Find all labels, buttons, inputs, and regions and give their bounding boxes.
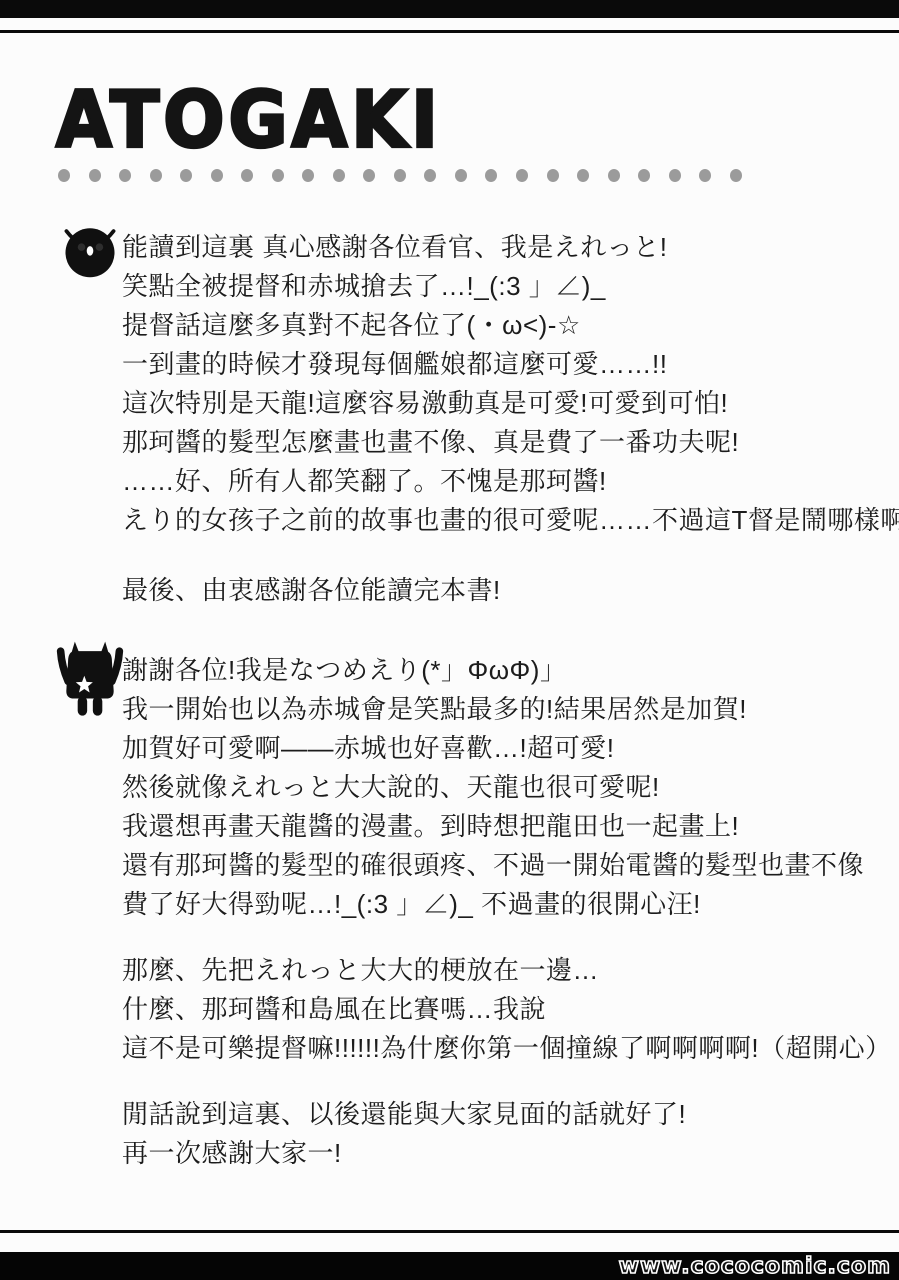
text-line: えり的女孩子之前的故事也畫的很可愛呢……不過這T督是鬧哪樣啊!!（開心 — [122, 501, 882, 540]
dot — [638, 169, 650, 182]
dot — [577, 169, 589, 182]
text-line: 費了好大得勁呢…!_(:3 」∠)_ 不過畫的很開心汪! — [122, 885, 882, 924]
text-line: 再一次感謝大家一! — [122, 1134, 882, 1173]
dot — [58, 169, 70, 182]
text-line: 最後、由衷感謝各位能讀完本書! — [122, 571, 882, 610]
text-line: 能讀到這裏 真心感謝各位看官、我是えれっと! — [122, 228, 882, 267]
text-line: 這不是可樂提督嘛!!!!!!為什麼你第一個撞線了啊啊啊啊!（超開心） — [122, 1029, 882, 1068]
text-line: 加賀好可愛啊——赤城也好喜歡…!超可愛! — [122, 729, 882, 768]
dot — [455, 169, 467, 182]
text-line: 什麼、那珂醬和島風在比賽嗎…我說 — [122, 990, 882, 1029]
dot — [363, 169, 375, 182]
text-line: 還有那珂醬的髮型的確很頭疼、不過一開始電醬的髮型也畫不像 — [122, 846, 882, 885]
text-line: ……好、所有人都笑翻了。不愧是那珂醬! — [122, 462, 882, 501]
dot — [547, 169, 559, 182]
dot — [669, 169, 681, 182]
text-line: 這次特別是天龍!這麼容易激動真是可愛!可愛到可怕! — [122, 384, 882, 423]
bottom-black-bar: www.cococomic.com — [0, 1252, 899, 1280]
text-line: 我還想再畫天龍醬的漫畫。到時想把龍田也一起畫上! — [122, 807, 882, 846]
text-line: 閒話說到這裏、以後還能與大家見面的話就好了! — [122, 1095, 882, 1134]
bottom-divider-line — [0, 1230, 899, 1233]
dot — [180, 169, 192, 182]
dot — [119, 169, 131, 182]
dot — [608, 169, 620, 182]
page-title: ATOGAKI — [56, 74, 442, 165]
text-line: 提督話這麼多真對不起各位了(・ω<)-☆ — [122, 306, 882, 345]
dot — [89, 169, 101, 182]
paragraph: 謝謝各位!我是なつめえり(*」ΦωΦ)」 我一開始也以為赤城會是笑點最多的!結果… — [122, 651, 882, 924]
round-critter-icon — [57, 216, 123, 282]
dot — [516, 169, 528, 182]
dot — [730, 169, 742, 182]
top-divider-line — [0, 30, 899, 33]
afterword-section-natsumeeri: 謝謝各位!我是なつめえり(*」ΦωΦ)」 我一開始也以為赤城會是笑點最多的!結果… — [122, 651, 882, 1173]
text-line: 一到畫的時候才發現每個艦娘都這麼可愛……!! — [122, 345, 882, 384]
text-line: 那麼、先把えれっと大大的梗放在一邊… — [122, 951, 882, 990]
dot — [150, 169, 162, 182]
paragraph: 能讀到這裏 真心感謝各位看官、我是えれっと! 笑點全被提督和赤城搶去了…!_(:… — [122, 228, 882, 540]
dot — [424, 169, 436, 182]
dot — [241, 169, 253, 182]
text-line: 然後就像えれっと大大說的、天龍也很可愛呢! — [122, 768, 882, 807]
top-black-bar — [0, 0, 899, 18]
text-line: 笑點全被提督和赤城搶去了…!_(:3 」∠)_ — [122, 267, 882, 306]
cat-critter-icon — [52, 636, 128, 726]
dot — [394, 169, 406, 182]
paragraph: 那麼、先把えれっと大大的梗放在一邊… 什麼、那珂醬和島風在比賽嗎…我說 這不是可… — [122, 951, 882, 1068]
dots-divider — [58, 168, 742, 182]
text-line: 我一開始也以為赤城會是笑點最多的!結果居然是加賀! — [122, 690, 882, 729]
paragraph: 閒話說到這裏、以後還能與大家見面的話就好了! 再一次感謝大家一! — [122, 1095, 882, 1173]
dot — [272, 169, 284, 182]
afterword-section-eretto: 能讀到這裏 真心感謝各位看官、我是えれっと! 笑點全被提督和赤城搶去了…!_(:… — [122, 228, 882, 610]
dot — [699, 169, 711, 182]
site-watermark: www.cococomic.com — [619, 1254, 891, 1279]
paragraph: 最後、由衷感謝各位能讀完本書! — [122, 571, 882, 610]
dot — [211, 169, 223, 182]
atogaki-page: { "page": { "title": "ATOGAKI", "waterma… — [0, 0, 899, 1280]
dot — [485, 169, 497, 182]
dot — [333, 169, 345, 182]
text-line: 那珂醬的髮型怎麼畫也畫不像、真是費了一番功夫呢! — [122, 423, 882, 462]
text-line: 謝謝各位!我是なつめえり(*」ΦωΦ)」 — [122, 651, 882, 690]
dot — [302, 169, 314, 182]
